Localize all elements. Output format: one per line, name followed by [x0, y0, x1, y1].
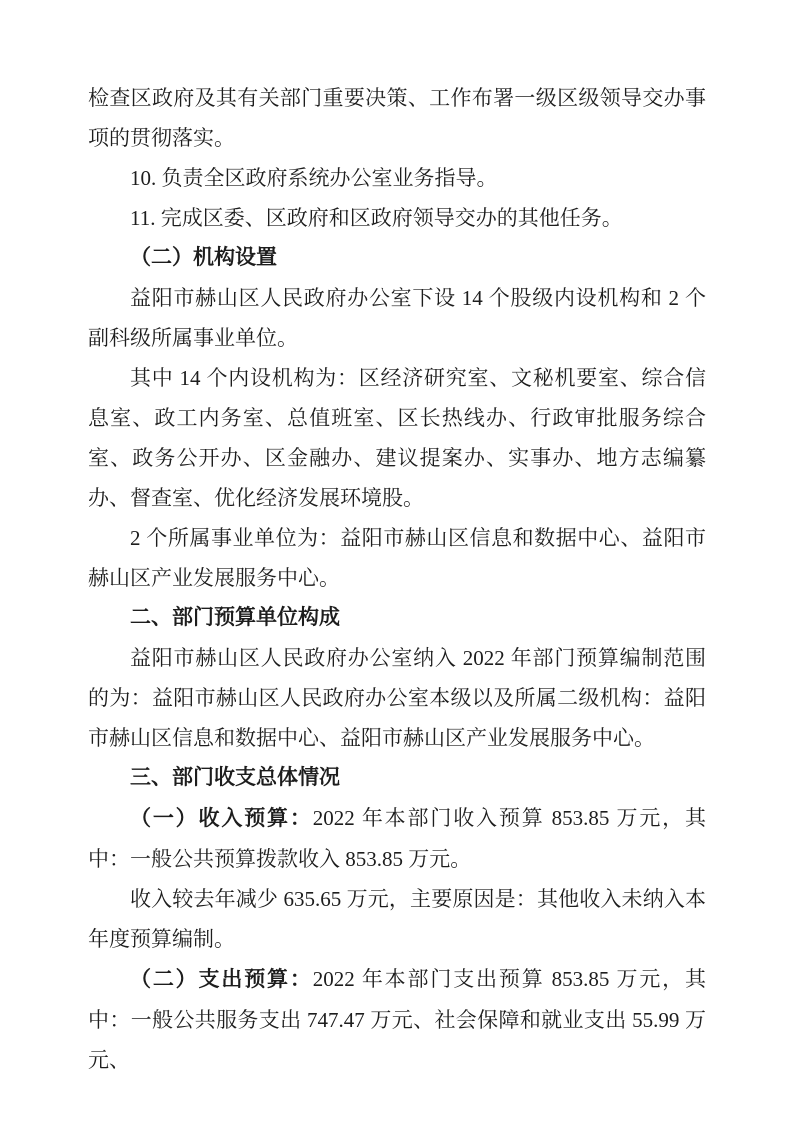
- paragraph: 其中 14 个内设机构为：区经济研究室、文秘机要室、综合信息室、政工内务室、总值…: [88, 358, 706, 518]
- section-heading: 三、部门收支总体情况: [88, 758, 706, 798]
- paragraph-bold-lead: （一）收入预算：: [130, 807, 313, 830]
- document-page: 检查区政府及其有关部门重要决策、工作布署一级区级领导交办事项的贯彻落实。10. …: [0, 0, 793, 1122]
- paragraph: 收入较去年减少 635.65 万元，主要原因是：其他收入未纳入本年度预算编制。: [88, 879, 706, 959]
- paragraph: 11. 完成区委、区政府和区政府领导交办的其他任务。: [88, 198, 706, 238]
- paragraph: 益阳市赫山区人民政府办公室下设 14 个股级内设机构和 2 个副科级所属事业单位…: [88, 278, 706, 358]
- paragraph: 2 个所属事业单位为：益阳市赫山区信息和数据中心、益阳市赫山区产业发展服务中心。: [88, 518, 706, 598]
- section-heading: （二）机构设置: [88, 238, 706, 278]
- paragraph: 益阳市赫山区人民政府办公室纳入 2022 年部门预算编制范围的为：益阳市赫山区人…: [88, 638, 706, 758]
- document-content: 检查区政府及其有关部门重要决策、工作布署一级区级领导交办事项的贯彻落实。10. …: [88, 78, 706, 1080]
- paragraph: （一）收入预算：2022 年本部门收入预算 853.85 万元，其中：一般公共预…: [88, 798, 706, 879]
- paragraph: 10. 负责全区政府系统办公室业务指导。: [88, 158, 706, 198]
- paragraph-bold-lead: （二）支出预算：: [130, 968, 313, 991]
- section-heading: 二、部门预算单位构成: [88, 598, 706, 638]
- paragraph: 检查区政府及其有关部门重要决策、工作布署一级区级领导交办事项的贯彻落实。: [88, 78, 706, 158]
- paragraph: （二）支出预算：2022 年本部门支出预算 853.85 万元，其中：一般公共服…: [88, 959, 706, 1080]
